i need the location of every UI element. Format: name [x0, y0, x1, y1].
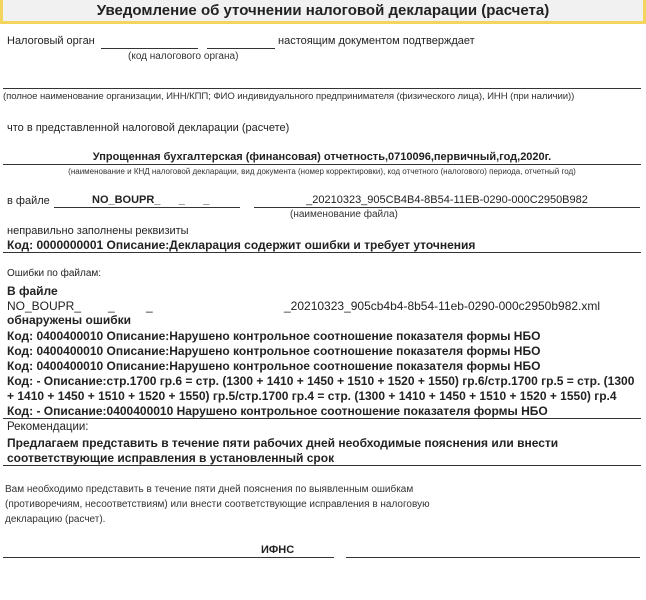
file-errors-file-part1: NO_BOUPR_	[7, 299, 81, 313]
notice-line: (противоречиям, несоответствиям) или вне…	[5, 499, 430, 510]
recommendations-label: Рекомендации:	[7, 421, 89, 433]
error-item-continued: + 1410 + 1450 + 1510 + 1520 + 1550) гр.5…	[7, 389, 617, 403]
file-name-part1: NO_BOUPR_ _ _	[92, 194, 209, 206]
declaration-field-line	[3, 164, 641, 165]
file-errors-file-part3: _	[146, 299, 153, 313]
file-errors-label: Ошибки по файлам:	[7, 268, 101, 279]
requisites-line	[3, 252, 641, 253]
tax-authority-name-field	[207, 48, 275, 49]
signature-authority: ИФНС	[261, 544, 294, 556]
errors-line	[3, 418, 641, 419]
error-item: Код: - Описание:0400400010 Нарушено конт…	[7, 404, 548, 418]
error-item: Код: 0400400010 Описание:Нарушено контро…	[7, 344, 540, 358]
error-item: Код: 0400400010 Описание:Нарушено контро…	[7, 329, 540, 343]
file-label: в файле	[7, 195, 50, 207]
file-errors-in-file: В файле	[7, 284, 58, 298]
file-errors-file-part4: _20210323_905cb4b4-8b54-11eb-0290-000c29…	[284, 299, 600, 313]
recommendations-line	[3, 465, 641, 466]
tax-authority-code-field	[101, 48, 198, 49]
file-errors-file-part2: _	[108, 299, 115, 313]
tax-authority-label: Налоговый орган	[7, 35, 95, 47]
tax-authority-code-hint: (код налогового органа)	[128, 51, 238, 62]
error-item: Код: 0400400010 Описание:Нарушено контро…	[7, 359, 540, 373]
declaration-value: Упрощенная бухгалтерская (финансовая) от…	[3, 151, 641, 163]
error-item: Код: - Описание:стр.1700 гр.6 = стр. (13…	[7, 374, 634, 388]
taxpayer-field-line	[3, 88, 641, 89]
declaration-hint: (наименование и КНД налоговой декларации…	[3, 167, 641, 176]
file-name-part2-line	[254, 207, 640, 208]
confirm-text: настоящим документом подтверждает	[278, 35, 475, 47]
file-name-part2: _20210323_905CB4B4-8B54-11EB-0290-000C29…	[254, 194, 640, 206]
file-name-part1-line	[54, 207, 240, 208]
recommendation-line: Предлагаем представить в течение пяти ра…	[7, 436, 558, 450]
notice-line: Вам необходимо представить в течение пят…	[5, 484, 413, 495]
file-errors-found: обнаружены ошибки	[7, 313, 131, 327]
signature-signer-line	[346, 557, 640, 558]
taxpayer-hint: (полное наименование организации, ИНН/КП…	[3, 91, 574, 102]
signature-authority-line	[3, 557, 334, 558]
declaration-intro: что в представленной налоговой деклараци…	[7, 122, 289, 134]
notice-line: декларацию (расчет).	[5, 514, 105, 525]
recommendation-line: соответствующие исправления в установлен…	[7, 451, 334, 465]
requisites-value: Код: 0000000001 Описание:Декларация соде…	[7, 238, 475, 252]
file-name-hint: (наименование файла)	[290, 209, 398, 220]
document-title: Уведомление об уточнении налоговой декла…	[0, 0, 646, 24]
requisites-label: неправильно заполнены реквизиты	[7, 225, 189, 237]
